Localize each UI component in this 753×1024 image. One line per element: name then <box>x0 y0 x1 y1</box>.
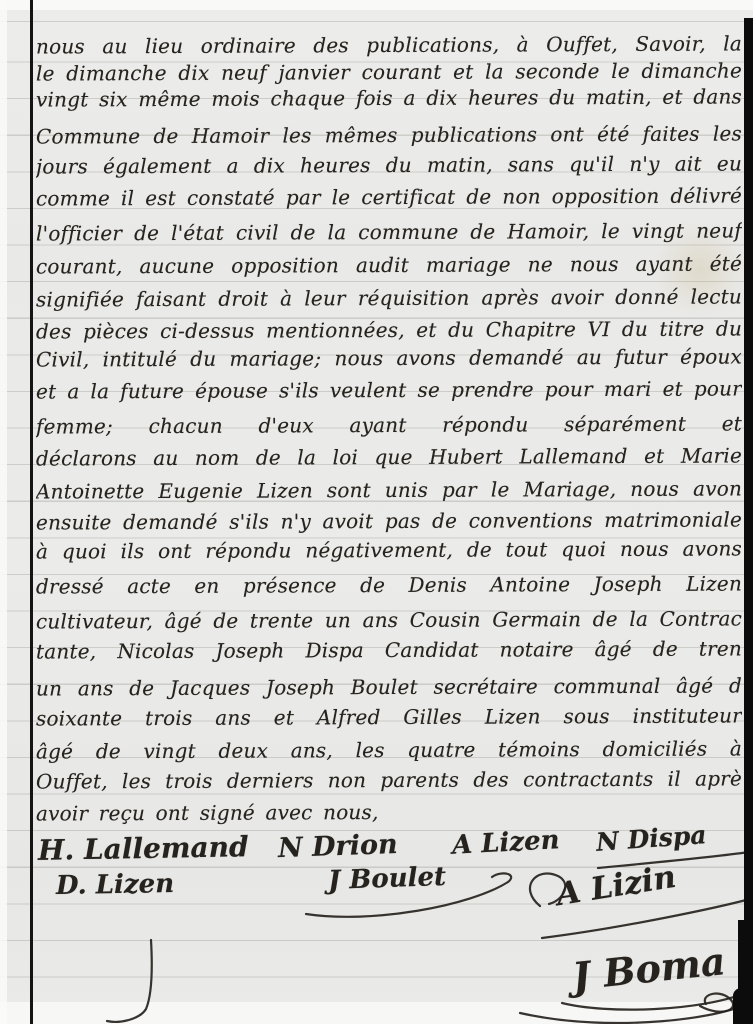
manuscript-line: Commune de Hamoir les mêmes publications… <box>36 121 742 148</box>
manuscript-line: Antoinette Eugenie Lizen sont unis par l… <box>36 476 742 503</box>
scan-edge-bottom <box>0 1002 753 1024</box>
manuscript-line: signifiée faisant droit à leur réquisiti… <box>36 284 742 311</box>
scan-corner-shadow <box>733 988 753 1024</box>
signature-j-boulet: J Boulet <box>328 862 447 896</box>
manuscript-line: dressé acte en présence de Denis Antoine… <box>36 571 742 598</box>
manuscript-line: jours également a dix heures du matin, s… <box>36 151 742 178</box>
manuscript-line: Civil, intitulé du mariage; nous avons d… <box>36 344 742 371</box>
manuscript-line: l'officier de l'état civil de la commune… <box>36 218 742 245</box>
manuscript-line: cultivateur, âgé de trente un ans Cousin… <box>36 606 742 633</box>
manuscript-line: des pièces ci-dessus mentionnées, et du … <box>36 316 742 343</box>
manuscript-line: nous au lieu ordinaire des publications,… <box>36 31 742 58</box>
scan-edge-left <box>0 0 7 1024</box>
register-margin-line <box>30 0 33 1024</box>
manuscript-line: Ouffet, les trois derniers non parents d… <box>36 766 742 793</box>
manuscript-line: femme; chacun d'eux ayant répondu séparé… <box>36 411 742 438</box>
manuscript-line: courant, aucune opposition audit mariage… <box>36 251 742 278</box>
manuscript-line: comme il est constaté par le certificat … <box>36 183 742 210</box>
manuscript-line: avoir reçu ont signé avec nous, <box>36 798 742 825</box>
manuscript-line: vingt six même mois chaque fois a dix he… <box>36 84 742 111</box>
scan-edge-top <box>0 0 753 10</box>
manuscript-line: le dimanche dix neuf janvier courant et … <box>36 58 742 85</box>
manuscript-line: à quoi ils ont répondu négativement, de … <box>36 536 742 563</box>
scan-edge-right <box>744 18 753 1024</box>
manuscript-line: tante, Nicolas Joseph Dispa Candidat not… <box>36 636 742 663</box>
manuscript-line: soixante trois ans et Alfred Gilles Lize… <box>36 703 742 730</box>
document-scan: nous au lieu ordinaire des publications,… <box>0 0 753 1024</box>
manuscript-line: et a la future épouse s'ils veulent se p… <box>36 376 742 403</box>
manuscript-line: un ans de Jacques Joseph Boulet secrétai… <box>36 673 742 700</box>
manuscript-line: déclarons au nom de la loi que Hubert La… <box>36 443 742 470</box>
signature-d-lizen: D. Lizen <box>56 869 175 901</box>
signature-n-drion: N Drion <box>277 829 398 864</box>
manuscript-line: ensuite demandé s'ils n'y avoit pas de c… <box>36 507 742 534</box>
manuscript-line: âgé de vingt deux ans, les quatre témoin… <box>36 736 742 763</box>
signature-a-lizen: A Lizen <box>451 825 560 861</box>
signature-h-lallemand: H. Lallemand <box>38 830 249 867</box>
